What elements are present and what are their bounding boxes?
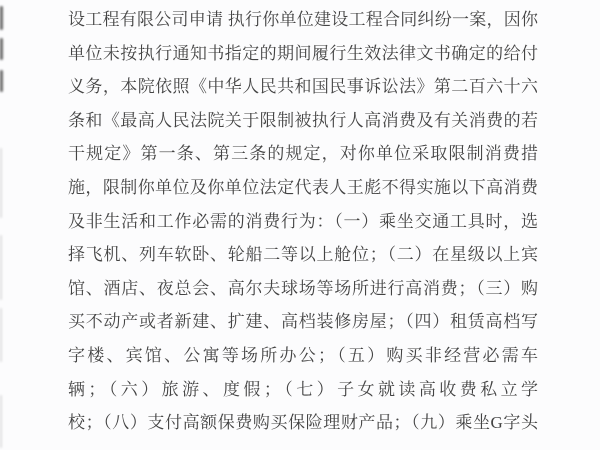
document-page: 设工程有限公司申请 执行你单位建设工程合同纠纷一案，因你 单位未按执行通知书指定… (0, 0, 600, 450)
scan-artifact (0, 308, 2, 362)
document-text-line: 单位未按执行通知书指定的期间履行生效法律文书确定的给付 (68, 37, 538, 71)
scan-artifact (0, 6, 3, 30)
document-text-line: 馆、酒店、夜总会、高尔夫球场等场所进行高消费；（三）购 (68, 272, 538, 306)
document-text-line: 干规定》第一条、第三条的规定，对你单位采取限制消费措 (68, 137, 538, 171)
document-text-line: 条和《最高人民法院关于限制被执行人高消费及有关消费的若 (68, 104, 538, 138)
document-text-line: 字楼、宾馆、公寓等场所办公；（五）购买非经营必需车 (68, 339, 538, 373)
document-text-line: 校；（八）支付高额保费购买保险理财产品；（九）乘坐G字头 (68, 406, 538, 440)
scan-artifact (0, 38, 3, 60)
document-text-line: 择飞机、列车软卧、轮船二等以上舱位；（二）在星级以上宾 (68, 238, 538, 272)
scan-artifacts (0, 0, 6, 450)
scan-artifact (0, 148, 2, 218)
document-text-line: 及非生活和工作必需的消费行为：（一）乘坐交通工具时，选 (68, 205, 538, 239)
scan-artifact (0, 70, 3, 92)
document-text-line: 辆；（六）旅游、度假；（七）子女就读高收费私立学 (68, 373, 538, 407)
document-text-line: 设工程有限公司申请 执行你单位建设工程合同纠纷一案，因你 (68, 3, 538, 37)
document-text-line: 施，限制你单位及你单位法定代表人王彪不得实施以下高消费 (68, 171, 538, 205)
document-text-line: 买不动产或者新建、扩建、高档装修房屋；（四）租赁高档写 (68, 305, 538, 339)
document-text-line: 义务，本院依照《中华人民共和国民事诉讼法》第二百六十六 (68, 70, 538, 104)
scan-artifact (0, 395, 2, 448)
document-body-text: 设工程有限公司申请 执行你单位建设工程合同纠纷一案，因你 单位未按执行通知书指定… (68, 3, 538, 440)
scan-artifact (0, 235, 2, 300)
